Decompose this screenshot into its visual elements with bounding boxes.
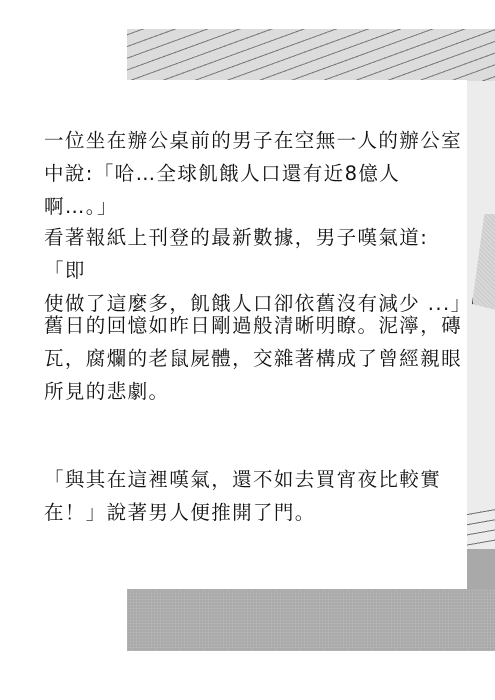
line: 瓦，腐爛的老鼠屍體，交雜著構成了曾經親眼 — [44, 347, 462, 370]
line: 看著報紙上刊登的最新數據，男子嘆氣道:「即 — [44, 226, 428, 282]
narration-paragraph-1: 一位坐在辦公桌前的男子在空無一人的辦公室 中說:「哈…全球飢餓人口還有近8億人啊… — [44, 124, 464, 223]
narration-textbox: 一位坐在辦公桌前的男子在空無一人的辦公室 中說:「哈…全球飢餓人口還有近8億人啊… — [22, 80, 467, 589]
screentone-bottom — [127, 589, 495, 651]
speed-lines-lower — [467, 509, 495, 549]
line: 「與其在這裡嘆氣，還不如去買宵夜比較實 — [44, 468, 441, 491]
line: 所見的悲劇。 — [44, 380, 169, 403]
speed-lines-art — [127, 29, 495, 81]
line: 一位坐在辦公桌前的男子在空無一人的辦公室 — [44, 129, 462, 152]
line: 舊日的回憶如昨日剛過般清晰明瞭。泥濘，磚 — [44, 314, 462, 337]
line: 在！」說著男人便推開了門。 — [44, 501, 316, 524]
narration-paragraph-2: 看著報紙上刊登的最新數據，男子嘆氣道:「即 使做了這麼多，飢餓人口卻依舊沒有減少… — [44, 221, 464, 320]
line: 中說:「哈…全球飢餓人口還有近8億人啊…。」 — [44, 162, 400, 218]
narration-paragraph-3: 舊日的回憶如昨日剛過般清晰明瞭。泥濘，磚 瓦，腐爛的老鼠屍體，交雜著構成了曾經親… — [44, 309, 464, 408]
narration-paragraph-4: 「與其在這裡嘆氣，還不如去買宵夜比較實 在！」說著男人便推開了門。 — [44, 463, 464, 529]
